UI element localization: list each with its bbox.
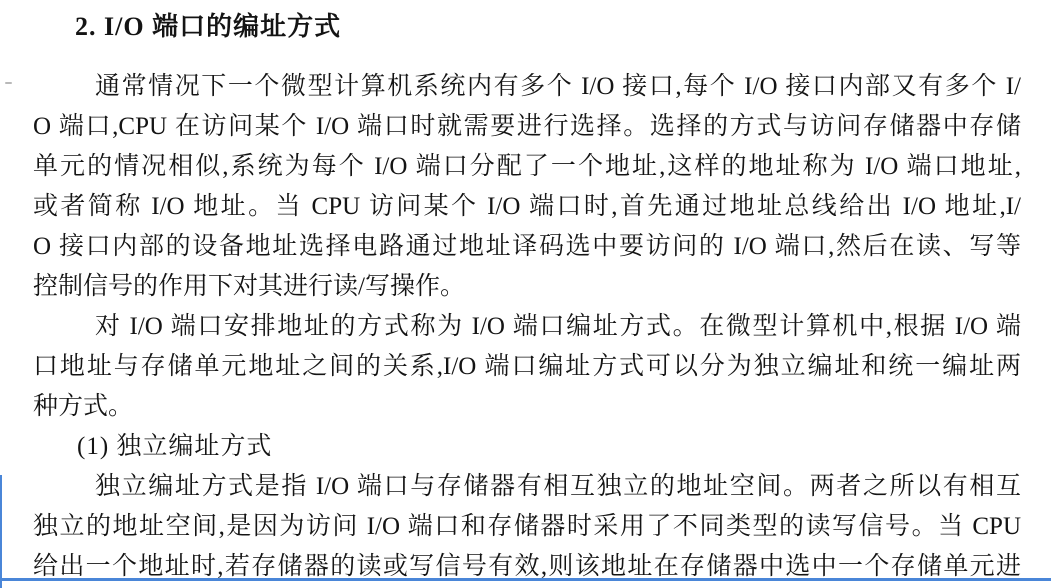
scan-artifact-dash bbox=[5, 82, 12, 84]
paragraph2-line: 对 I/O 端口安排地址的方式称为 I/O 端口编址方式。在微型计算机中,根据 … bbox=[33, 307, 1021, 347]
paragraph3-line: 给出一个地址时,若存储器的读或写信号有效,则该地址在存储器中选中一个存储单元进 bbox=[33, 547, 1021, 587]
heading-spacer bbox=[33, 47, 1021, 67]
page-edge-line-left bbox=[0, 475, 2, 588]
paragraph3-line: 独立的地址空间,是因为访问 I/O 端口和存储器时采用了不同类型的读写信号。当 … bbox=[33, 507, 1021, 547]
paragraph3-line: 独立编址方式是指 I/O 端口与存储器有相互独立的地址空间。两者之所以有相互 bbox=[33, 467, 1021, 507]
paragraph1-line: 或者简称 I/O 地址。当 CPU 访问某个 I/O 端口时,首先通过地址总线给… bbox=[33, 187, 1021, 227]
paragraph1-line: O 端口,CPU 在访问某个 I/O 端口时就需要进行选择。选择的方式与访问存储… bbox=[33, 107, 1021, 147]
paragraph1-line: O 接口内部的设备地址选择电路通过地址译码选中要访问的 I/O 端口,然后在读、… bbox=[33, 227, 1021, 267]
paragraph2-line: 口地址与存储单元地址之间的关系,I/O 端口编址方式可以分为独立编址和统一编址两 bbox=[33, 347, 1021, 387]
document-text-block: 2. I/O 端口的编址方式 通常情况下一个微型计算机系统内有多个 I/O 接口… bbox=[33, 0, 1021, 587]
paragraph1-line: 单元的情况相似,系统为每个 I/O 端口分配了一个地址,这样的地址称为 I/O … bbox=[33, 147, 1021, 187]
scanned-document-page: 2. I/O 端口的编址方式 通常情况下一个微型计算机系统内有多个 I/O 接口… bbox=[0, 0, 1051, 588]
page-edge-line-bottom bbox=[0, 578, 1051, 581]
paragraph1-line: 通常情况下一个微型计算机系统内有多个 I/O 接口,每个 I/O 接口内部又有多… bbox=[33, 67, 1021, 107]
paragraph2-line: 种方式。 bbox=[33, 387, 1021, 427]
subsection-heading: (1) 独立编址方式 bbox=[33, 427, 1021, 467]
paragraph1-line: 控制信号的作用下对其进行读/写操作。 bbox=[33, 267, 1021, 307]
section-heading: 2. I/O 端口的编址方式 bbox=[75, 7, 1021, 47]
